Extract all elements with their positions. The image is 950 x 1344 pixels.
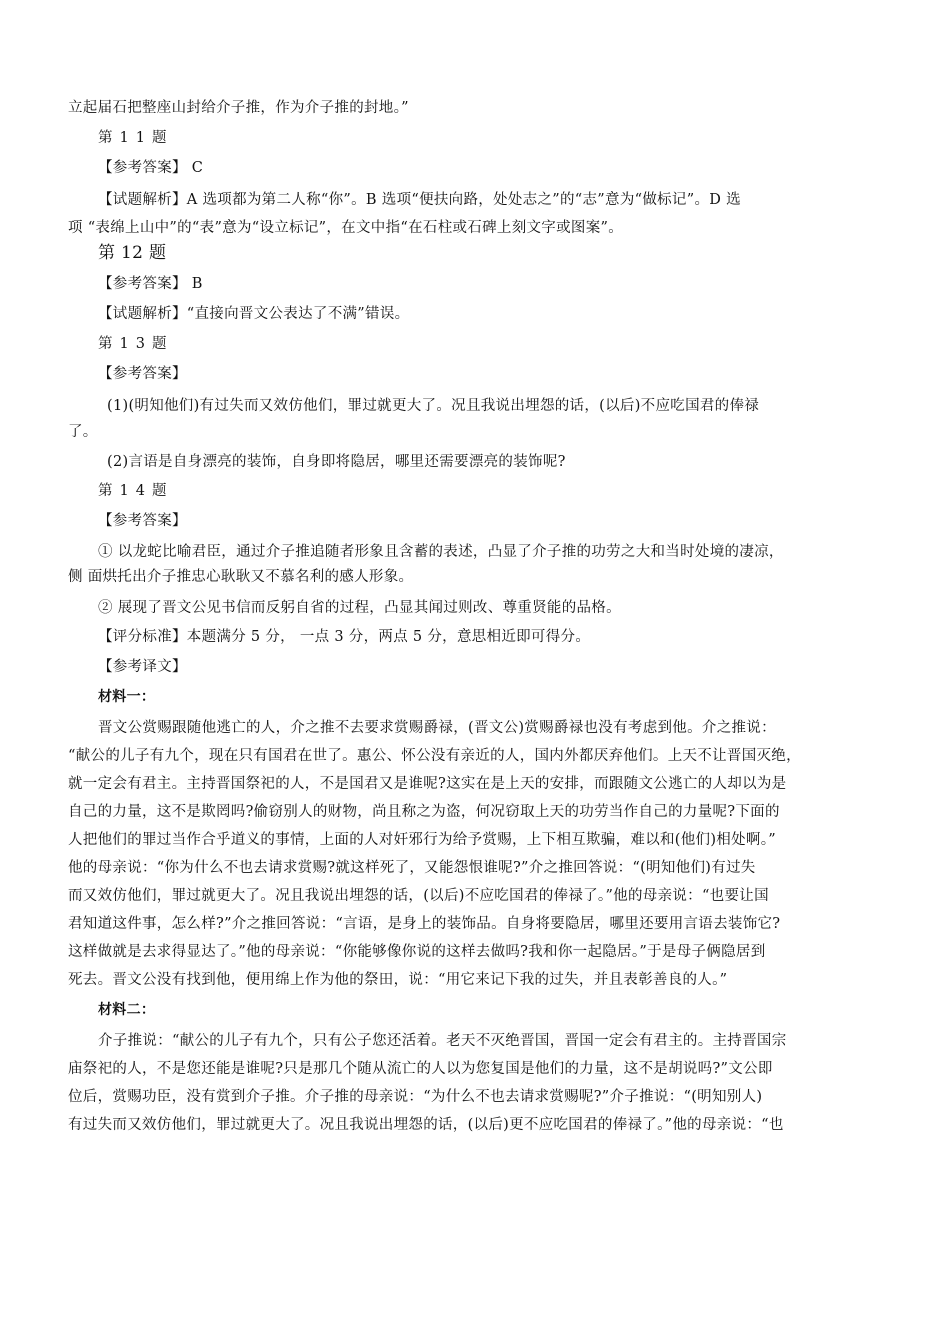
material-1-line: 就一定会有君主。主持晋国祭祀的人，不是国君又是谁呢?这实在是上天的安排，而跟随文… [68,774,888,794]
question-14-title: 第 1 4 题 [98,481,918,501]
document-page: 立起届石把整座山封给介子推，作为介子推的封地。” 第 1 1 题 【参考答案】 … [0,0,950,1344]
question-13-answer: 【参考答案】 [98,364,918,384]
material-1-line: 而又效仿他们，罪过就更大了。况且我说出埋怨的话，(以后)不应吃国君的俸禄了。”他… [68,886,888,906]
material-1-line: 人把他们的罪过当作合乎道义的事情，上面的人对奸邪行为给予赏赐，上下相互欺骗，难以… [68,830,888,850]
question-12-title: 第 12 题 [98,243,918,263]
material-1-line: “献公的儿子有九个，现在只有国君在世了。惠公、怀公没有亲近的人，国内外都厌弃他们… [68,746,888,766]
material-1-line: 自己的力量，这不是欺罔吗?偷窃别人的财物，尚且称之为盗，何况窃取上天的功劳当作自… [68,802,888,822]
material-1-line: 这样做就是去求得显达了。”他的母亲说：“你能够像你说的这样去做吗?我和你一起隐居… [68,942,888,962]
question-13-item-2: (2)言语是自身漂亮的装饰，自身即将隐居，哪里还需要漂亮的装饰呢? [107,452,927,472]
material-2-line: 位后，赏赐功臣，没有赏到介子推。介子推的母亲说：“为什么不也去请求赏赐呢?”介子… [68,1087,888,1107]
question-14-scoring: 【评分标准】本题满分 5 分， 一点 3 分，两点 5 分，意思相近即可得分。 [98,627,918,647]
question-14-item-1: ① 以龙蛇比喻君臣，通过介子推追随者形象且含蓄的表述，凸显了介子推的功劳之大和当… [98,542,918,562]
question-12-answer: 【参考答案】 B [98,274,918,294]
material-2-line: 介子推说：“献公的儿子有九个，只有公子您还活着。老天不灭绝晋国，晋国一定会有君主… [98,1031,918,1051]
question-14-item-2: ② 展现了晋文公见书信而反躬自省的过程，凸显其闻过则改、尊重贤能的品格。 [98,598,918,618]
material-2-heading: 材料二： [98,1000,918,1020]
question-14-answer: 【参考答案】 [98,511,918,531]
material-1-line: 晋文公赏赐跟随他逃亡的人，介之推不去要求赏赐爵禄，(晋文公)赏赐爵禄也没有考虑到… [98,718,918,738]
material-1-line: 死去。晋文公没有找到他，便用绵上作为他的祭田，说：“用它来记下我的过失，并且表彰… [68,970,888,990]
material-2-line: 有过失而又效仿他们，罪过就更大了。况且我说出埋怨的话，(以后)更不应吃国君的俸禄… [68,1115,888,1135]
question-11-analysis-cont: 项 “表绵上山中”的“表”意为“设立标记”，在文中指“在石柱或石碑上刻文字或图案… [68,218,888,238]
material-2-line: 庙祭祀的人，不是您还能是谁呢?只是那几个随从流亡的人以为您复国是他们的力量，这不… [68,1059,888,1079]
question-13-item-1: (1)(明知他们)有过失而又效仿他们，罪过就更大了。况且我说出埋怨的话，(以后)… [107,396,927,416]
text-line: 立起届石把整座山封给介子推，作为介子推的封地。” [68,98,888,118]
question-11-answer: 【参考答案】 C [98,158,918,178]
question-13-title: 第 1 3 题 [98,334,918,354]
material-1-line: 君知道这件事，怎么样?”介之推回答说：“言语，是身上的装饰品。自身将要隐居，哪里… [68,914,888,934]
material-1-line: 他的母亲说：“你为什么不也去请求赏赐?就这样死了，又能怨恨谁呢?”介之推回答说：… [68,858,888,878]
question-12-analysis: 【试题解析】“直接向晋文公表达了不满”错误。 [98,304,918,324]
question-14-item-1-cont: 侧 面烘托出介子推忠心耿耿又不慕名利的感人形象。 [68,567,888,587]
material-1-heading: 材料一： [98,687,918,707]
question-11-analysis: 【试题解析】A 选项都为第二人称“你”。B 选项“便扶向路，处处志之”的“志”意… [98,190,918,210]
question-13-item-1-cont: 了。 [68,422,888,442]
translation-heading: 【参考译文】 [98,657,918,677]
question-11-title: 第 1 1 题 [98,128,918,148]
